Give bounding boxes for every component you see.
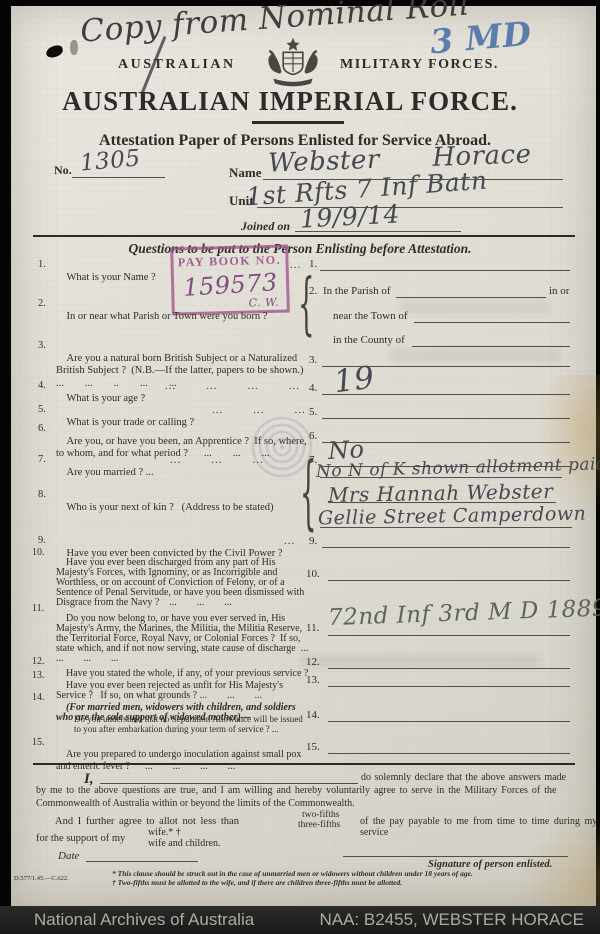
question-5-number: 5. [38, 404, 46, 417]
county-line [412, 346, 570, 347]
no-field-line [72, 177, 165, 178]
brace-q2 [298, 267, 315, 345]
document-scan: Copy from Nominal Roll 3 MD AUSTRALIAN M… [0, 0, 600, 934]
answer-5-line [322, 418, 570, 419]
footnote-star: * This clause should be struck out in th… [112, 869, 473, 878]
joined-field-label: Joined on [241, 219, 290, 234]
question-7-leaders: ... ... ... [170, 454, 264, 466]
question-2-text: 2.In or near what Parish or Town were yo… [56, 298, 308, 336]
town-label: near the Town of [333, 310, 407, 322]
declaration-line2: by me to the above questions are true, a… [36, 785, 556, 796]
question-2-number: 2. [38, 298, 46, 311]
coat-of-arms-icon [252, 36, 334, 90]
question-9-number: 9. [38, 535, 46, 548]
answer-12-number: 12. [306, 656, 320, 668]
support-pre-text: for the support of my [36, 833, 125, 844]
answer-4-number: 4. [309, 382, 317, 394]
county-label: in the County of [333, 334, 405, 346]
name-field-label: Name [229, 165, 262, 181]
answer-3-number: 3. [309, 354, 317, 366]
signature-line [343, 856, 568, 857]
support-option-wife-children: wife and children. [148, 838, 220, 849]
date-label: Date [58, 850, 79, 862]
answer-11-number: 11. [306, 622, 319, 634]
declaration-line1: do solemnly declare that the above answe… [361, 772, 566, 783]
allotment-pre-text: And I further agree to allot not less th… [55, 816, 239, 827]
answer-1-line [320, 270, 570, 271]
question-9-leaders: ... [284, 535, 295, 547]
town-line [414, 322, 570, 323]
parish-label: In the Parish of [323, 285, 391, 297]
form-code: D.577/1.45.—C.622. [14, 875, 69, 882]
question-12-number: 12. [32, 656, 45, 668]
paper-mark-artifact [70, 40, 78, 55]
answer-8-line3: Gellie Street Camperdown [318, 503, 587, 530]
question-15-number: 15. [32, 737, 45, 749]
forces-left-text: AUSTRALIAN [118, 57, 236, 73]
header-rule [33, 235, 575, 237]
answer-9-line [322, 547, 570, 548]
section-divider [33, 763, 575, 765]
question-14-number: 14. [32, 693, 45, 703]
forces-right-text: MILITARY FORCES. [340, 57, 499, 73]
allotment-post-text: of the pay payable to me from time to ti… [360, 816, 600, 838]
date-line [86, 861, 198, 862]
archive-reference-text: NAA: B2455, WEBSTER HORACE [319, 910, 584, 930]
declaration-name-line [100, 783, 358, 784]
answer-5-number: 5. [309, 406, 317, 418]
support-option-wife: wife.* † [148, 827, 181, 838]
fraction-bottom: three-fifths [298, 820, 340, 830]
no-field-label: No. [54, 163, 72, 178]
question-14-text: Do you understand that no Separation All… [74, 715, 306, 734]
page-title: AUSTRALIAN IMPERIAL FORCE. [0, 86, 590, 117]
question-10-number: 10. [32, 548, 45, 558]
footnote-dagger: † Two-fifths must be allotted to the wif… [112, 878, 402, 887]
question-8-number: 8. [38, 489, 46, 502]
answer-14-number: 14. [306, 709, 320, 721]
joined-field-value: 19/9/14 [299, 199, 400, 233]
answer-2-number: 2. [309, 285, 317, 297]
answer-15-number: 15. [306, 741, 320, 753]
answer-11-line [328, 635, 570, 636]
fraction-top: two-fifths [302, 810, 339, 820]
brace-q8 [300, 448, 317, 541]
answer-15-line [328, 753, 570, 754]
parish-line [396, 297, 546, 298]
answer-10-line [328, 580, 570, 581]
question-4-number: 4. [38, 380, 46, 393]
answer-8-line2: Mrs Hannah Webster [328, 479, 554, 507]
answer-10-number: 10. [306, 568, 320, 580]
bleed-through-artifact [400, 300, 550, 314]
question-15-text: 15.Are you prepared to undergo inoculati… [56, 737, 311, 785]
no-field-value: 1305 [79, 145, 142, 176]
question-11-number: 11. [32, 604, 44, 614]
answer-9-number: 9. [309, 535, 317, 547]
question-4-leaders: ... ... ... ... [165, 380, 300, 392]
answer-14-line [328, 721, 570, 722]
answer-12-line [328, 668, 570, 669]
answer-4-value: 19 [332, 360, 377, 401]
question-13-number: 13. [32, 671, 45, 681]
questions-heading: Questions to be put to the Person Enlist… [0, 241, 600, 257]
question-1-number: 1. [38, 259, 46, 272]
question-8-text: 8.Who is your next of kin ? (Address to … [56, 489, 306, 527]
archive-name-text: National Archives of Australia [34, 910, 254, 930]
archive-footer-bar: National Archives of Australia NAA: B245… [0, 906, 600, 934]
in-or-label: in or [549, 285, 569, 297]
question-7-number: 7. [38, 454, 46, 467]
declaration-line3: Commonwealth of Australia within or beyo… [36, 798, 355, 809]
answer-13-number: 13. [306, 674, 320, 686]
bleed-through-artifact [390, 348, 560, 363]
title-rule [252, 121, 344, 124]
answer-13-line [328, 686, 570, 687]
question-6-number: 6. [38, 423, 46, 436]
question-5-leaders: ... ... ... [212, 404, 306, 416]
question-3-number: 3. [38, 340, 46, 353]
